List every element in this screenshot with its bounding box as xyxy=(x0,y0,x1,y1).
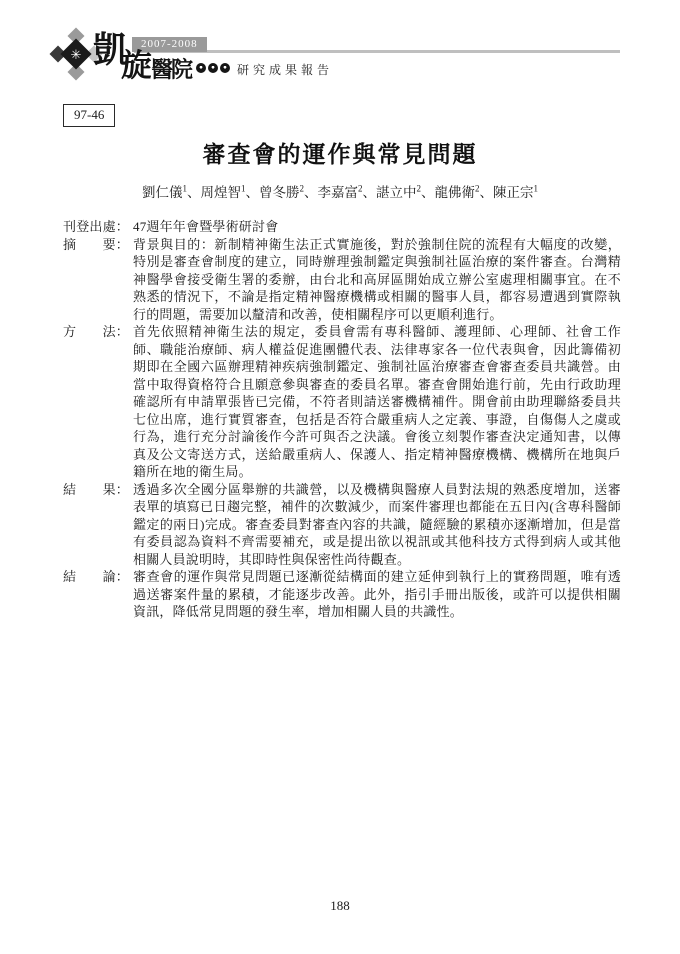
seal-badge-icon xyxy=(220,63,230,73)
author-separator: 、 xyxy=(421,185,435,200)
section-abstract: 摘 要： 背景與目的：新制精神衛生法正式實施後，對於強制住院的流程有大幅度的改變… xyxy=(63,236,621,324)
section-text: 背景與目的：新制精神衛生法正式實施後，對於強制住院的流程有大幅度的改變，特別是審… xyxy=(133,236,621,324)
seal-badge-icon xyxy=(208,63,218,73)
author: 李嘉富2 xyxy=(318,185,363,200)
seal-badge-icon xyxy=(196,63,206,73)
author-separator: 、 xyxy=(246,185,260,200)
author: 陳正宗1 xyxy=(493,185,538,200)
author: 劉仁儀1 xyxy=(142,185,187,200)
hospital-name-calligraphy: 院 xyxy=(171,59,193,81)
logo-flower-icon xyxy=(60,38,91,69)
author: 曾冬勝2 xyxy=(259,185,304,200)
paper-title: 審查會的運作與常見問題 xyxy=(0,136,680,169)
header-divider-line xyxy=(134,50,620,53)
section-text: 透過多次全國分區舉辦的共識營，以及機構與醫療人員對法規的熟悉度增加，送審表單的填… xyxy=(133,481,621,569)
section-label: 刊登出處： xyxy=(63,218,133,236)
author: 龍佛衛2 xyxy=(435,185,480,200)
hospital-name-calligraphy: 旋 xyxy=(121,50,152,81)
section-text: 47週年年會暨學術研討會 xyxy=(133,218,621,236)
abstract-body: 刊登出處： 47週年年會暨學術研討會 摘 要： 背景與目的：新制精神衛生法正式實… xyxy=(63,218,621,621)
page-number: 188 xyxy=(0,898,680,914)
section-label: 方 法： xyxy=(63,323,133,481)
report-page: 2007-2008 凱 旋 醫 院 研究成果報告 97-46 審查會的運作與常見… xyxy=(0,0,680,954)
section-methods: 方 法： 首先依照精神衛生法的規定，委員會需有專科醫師、護理師、心理師、社會工作… xyxy=(63,323,621,481)
section-text: 首先依照精神衛生法的規定，委員會需有專科醫師、護理師、心理師、社會工作師、職能治… xyxy=(133,323,621,481)
author-separator: 、 xyxy=(363,185,377,200)
author-affiliation-sup: 1 xyxy=(534,184,539,194)
section-publication-venue: 刊登出處： 47週年年會暨學術研討會 xyxy=(63,218,621,236)
authors-line: 劉仁儀1、周煌智1、曾冬勝2、李嘉富2、諶立中2、龍佛衛2、陳正宗1 xyxy=(0,181,680,201)
author-separator: 、 xyxy=(480,185,494,200)
author-separator: 、 xyxy=(304,185,318,200)
report-series-label: 研究成果報告 xyxy=(237,61,333,78)
section-text: 審查會的運作與常見問題已逐漸從結構面的建立延伸到執行上的實務問題，唯有透過送審案… xyxy=(133,568,621,621)
author: 諶立中2 xyxy=(376,185,421,200)
section-label: 結 果： xyxy=(63,481,133,569)
author-separator: 、 xyxy=(187,185,201,200)
paper-id: 97-46 xyxy=(63,104,115,127)
section-results: 結 果： 透過多次全國分區舉辦的共識營，以及機構與醫療人員對法規的熟悉度增加，送… xyxy=(63,481,621,569)
hospital-name-calligraphy: 醫 xyxy=(151,59,173,81)
section-conclusion: 結 論： 審查會的運作與常見問題已逐漸從結構面的建立延伸到執行上的實務問題，唯有… xyxy=(63,568,621,621)
section-label: 結 論： xyxy=(63,568,133,621)
author: 周煌智1 xyxy=(201,185,246,200)
section-label: 摘 要： xyxy=(63,236,133,324)
